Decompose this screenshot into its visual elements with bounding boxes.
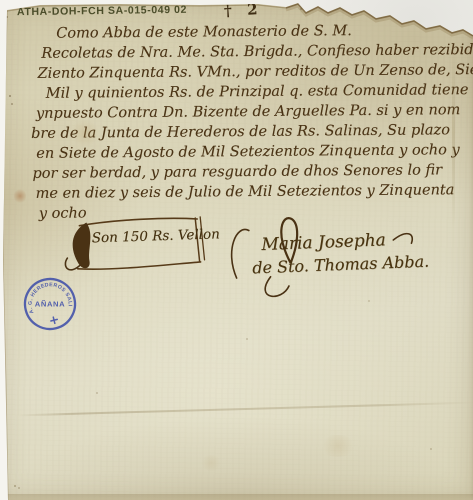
svg-text:A. G. HEREDEROS SALINAS: A. G. HEREDEROS SALINAS	[15, 269, 74, 320]
stamp-center-text: AÑANA	[35, 300, 65, 309]
manuscript-page: ATHA-DOH-FCH SA-015-049 02 † 2 Como Abba…	[0, 0, 473, 500]
paper-stain	[200, 455, 222, 471]
paper-stain	[320, 435, 356, 457]
paper-bottom-edge	[0, 494, 473, 500]
amount-box: Son 150 Rs. Vellon	[55, 210, 213, 279]
manuscript-text: Como Abba de este Monasterio de S. M. Re…	[29, 20, 467, 224]
stamp-graphic: A. G. HEREDEROS SALINAS AÑANA	[15, 269, 85, 339]
stamp-cross-icon	[50, 316, 58, 324]
rubric-flourish	[72, 222, 91, 268]
archive-reference-code: ATHA-DOH-FCH SA-015-049 02	[17, 4, 187, 18]
paper-specks	[0, 0, 2, 2]
stamp-ring-text: A. G. HEREDEROS SALINAS	[15, 269, 74, 320]
document-scan: ATHA-DOH-FCH SA-015-049 02 † 2 Como Abba…	[0, 0, 473, 500]
vertical-crease	[452, 38, 455, 228]
fold-crease	[18, 402, 473, 417]
manuscript-line-9: me en diez y seis de Julio de Mil Setezi…	[36, 180, 467, 204]
signature: Maria Josepha de Sto. Thomas Abba.	[224, 208, 457, 312]
heirs-of-salinas-stamp: A. G. HEREDEROS SALINAS AÑANA	[15, 269, 85, 339]
ink-stain	[14, 188, 26, 204]
folio-mark: † 2	[224, 0, 263, 20]
